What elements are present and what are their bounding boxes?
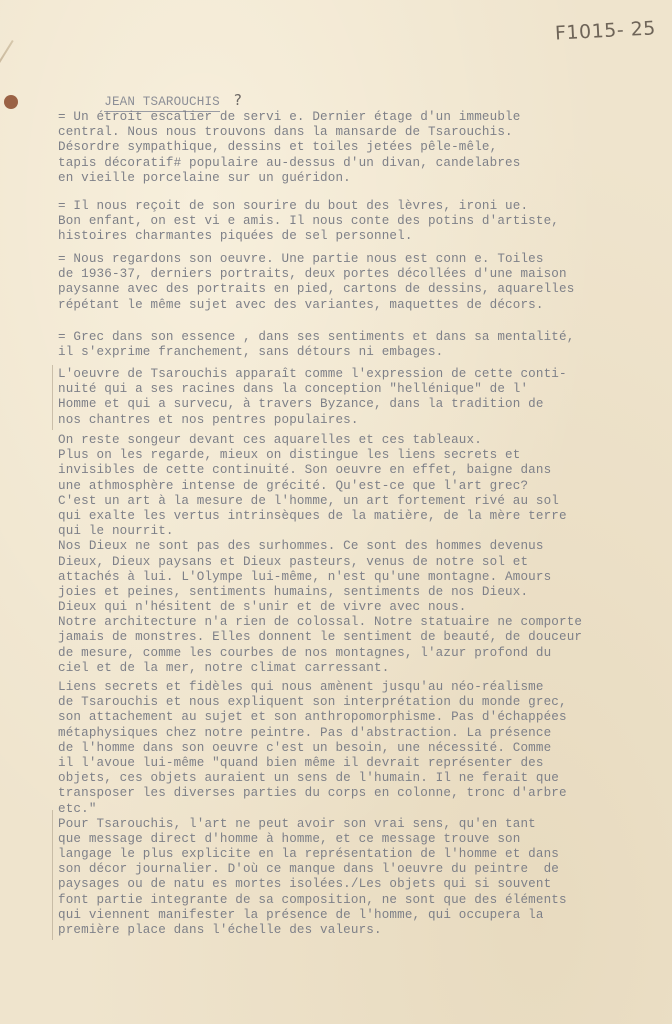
text-line: tapis décoratif# populaire au-dessus d'u… [58,156,520,171]
text-line: que message direct d'homme à homme, et c… [58,832,567,847]
text-line: L'oeuvre de Tsarouchis apparaît comme l'… [58,367,567,382]
text-line: répétant le même sujet avec des variante… [58,298,574,313]
text-line: Pour Tsarouchis, l'art ne peut avoir son… [58,817,567,832]
text-line: nuité qui a ses racines dans la concepti… [58,382,567,397]
text-line: Désordre sympathique, dessins et toiles … [58,140,520,155]
text-line: langage le plus explicite en la représen… [58,847,567,862]
paragraph: = Il nous reçoit de son sourire du bout … [58,199,559,245]
rust-stain [4,95,18,109]
text-line: etc." [58,802,567,817]
text-line: font partie integrante de sa composition… [58,893,567,908]
document-body: JEAN TSAROUCHIS? = Un étroit escalier de… [58,0,668,76]
text-line: = Un étroit escalier de servi e. Dernier… [58,110,520,125]
text-line: transposer les diverses parties du corps… [58,786,567,801]
text-line: Homme et qui a survecu, à travers Byzanc… [58,397,567,412]
text-line: en vieille porcelaine sur un guéridon. [58,171,520,186]
scanned-page: F1015- 25 JEAN TSAROUCHIS? = Un étroit e… [0,0,672,1024]
text-line: qui le nourrit. [58,524,582,539]
text-line: joies et peines, sentiments humains, sen… [58,585,582,600]
text-line: Plus on les regarde, mieux on distingue … [58,448,582,463]
text-line: invisibles de cette continuité. Son oeuv… [58,463,582,478]
title-question-mark: ? [234,93,242,108]
text-line: Nos Dieux ne sont pas des surhommes. Ce … [58,539,582,554]
text-line: objets, ces objets auraient un sens de l… [58,771,567,786]
text-line: de l'homme dans son oeuvre c'est un beso… [58,741,567,756]
text-line: qui exalte les vertus intrinsèques de la… [58,509,582,524]
text-line: de Tsarouchis et nous expliquent son int… [58,695,567,710]
text-line: son attachement au sujet et son anthropo… [58,710,567,725]
text-line: de mesure, comme les courbes de nos mont… [58,646,582,661]
crease-mark [0,40,14,100]
text-line: il s'exprime franchement, sans détours n… [58,345,574,360]
paragraph: = Nous regardons son oeuvre. Une partie … [58,252,574,313]
text-line: Dieux qui n'hésitent de s'unir et de viv… [58,600,582,615]
text-line: attachés à lui. L'Olympe lui-même, n'est… [58,570,582,585]
text-line: Liens secrets et fidèles qui nous amènen… [58,680,567,695]
text-line: = Nous regardons son oeuvre. Une partie … [58,252,574,267]
text-line: paysanne avec des portraits en pied, car… [58,282,574,297]
text-line: métaphysiques chez notre peintre. Pas d'… [58,726,567,741]
text-line: son décor journalier. D'où ce manque dan… [58,862,567,877]
text-line: une athmosphère intense de grécité. Qu'e… [58,479,582,494]
text-line: On reste songeur devant ces aquarelles e… [58,433,582,448]
text-line: central. Nous nous trouvons dans la mans… [58,125,520,140]
paragraph: = Un étroit escalier de servi e. Dernier… [58,110,520,186]
text-line: Bon enfant, on est vi e amis. Il nous co… [58,214,559,229]
text-line: Notre architecture n'a rien de colossal.… [58,615,582,630]
paragraph: = Grec dans son essence , dans ses senti… [58,330,574,360]
text-line: = Il nous reçoit de son sourire du bout … [58,199,559,214]
paragraph: On reste songeur devant ces aquarelles e… [58,433,582,676]
text-line: qui viennent manifester la présence de l… [58,908,567,923]
text-line: C'est un art à la mesure de l'homme, un … [58,494,582,509]
text-line: ciel et de la mer, notre climat carressa… [58,661,582,676]
text-line: Dieux, Dieux paysans et Dieux pasteurs, … [58,555,582,570]
margin-pencil-line [52,810,53,940]
paragraph: L'oeuvre de Tsarouchis apparaît comme l'… [58,367,567,428]
margin-pencil-line [52,365,53,430]
paragraph: Liens secrets et fidèles qui nous amènen… [58,680,567,938]
text-line: il l'avoue lui-même "quand bien même il … [58,756,567,771]
text-line: nos chantres et nos pentres populaires. [58,413,567,428]
text-line: paysages ou de natu es mortes isolées./L… [58,877,567,892]
text-line: de 1936-37, derniers portraits, deux por… [58,267,574,282]
text-line: histoires charmantes piquées de sel pers… [58,229,559,244]
text-line: première place dans l'échelle des valeur… [58,923,567,938]
text-line: jamais de monstres. Elles donnent le sen… [58,630,582,645]
text-line: = Grec dans son essence , dans ses senti… [58,330,574,345]
